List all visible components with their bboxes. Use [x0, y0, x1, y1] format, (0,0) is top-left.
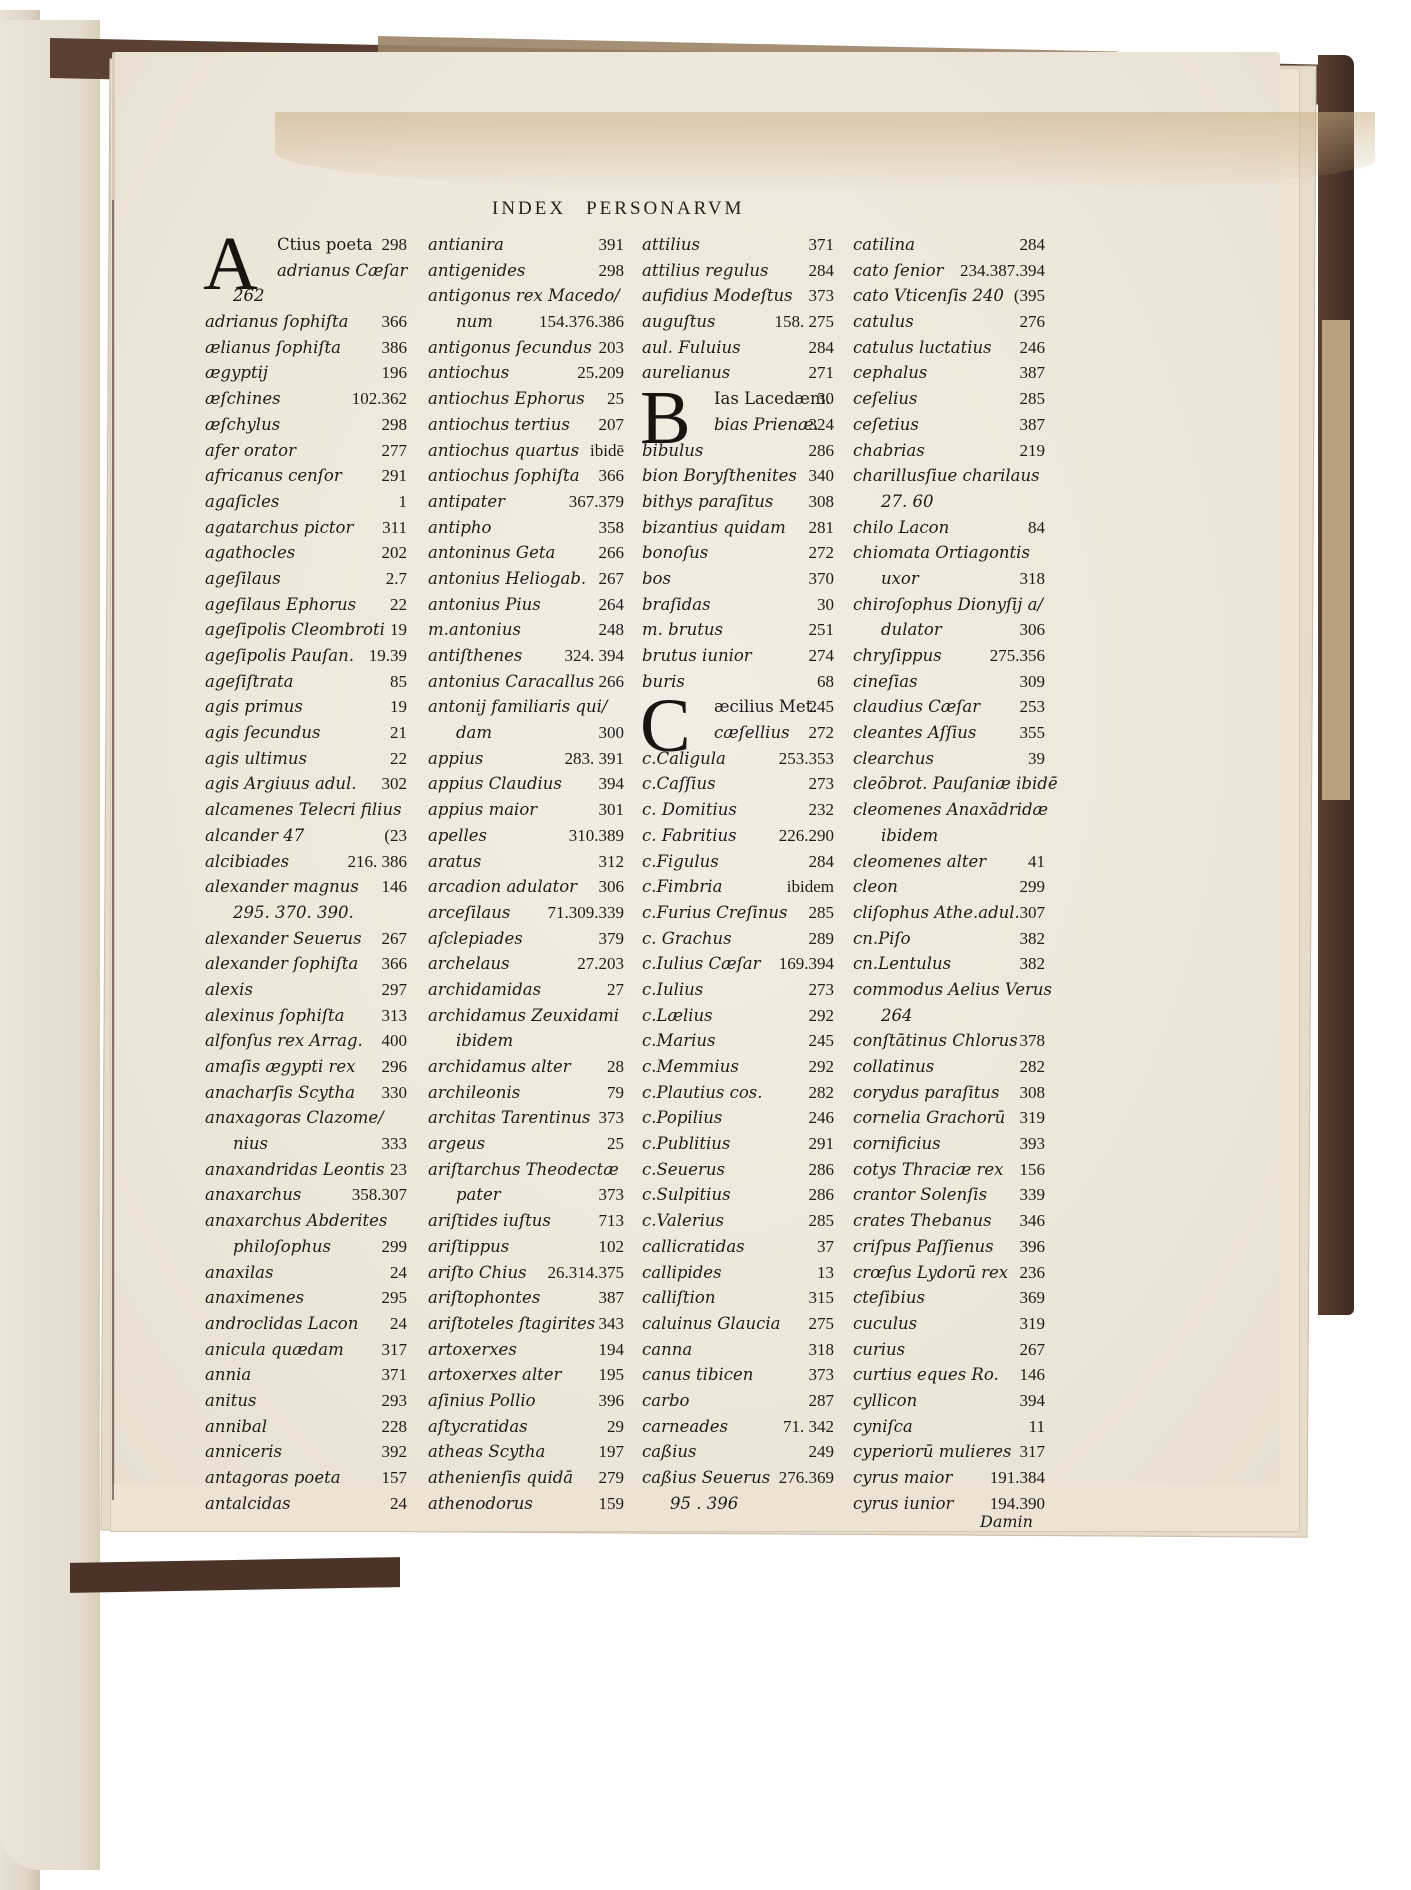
entry-name: agis ſecundus: [205, 720, 320, 746]
entry-page-refs: 292: [809, 1054, 835, 1080]
entry-name: c.Caligula: [642, 746, 726, 772]
entry-name: antonius Heliogab.: [428, 566, 586, 592]
entry-name: agis Argiuus adul.: [205, 771, 357, 797]
index-entry: curius267: [853, 1337, 1045, 1363]
index-entry: antigonus rex Macedo/: [428, 283, 624, 309]
entry-name: cleomenes alter: [853, 849, 986, 875]
index-entry: carbo287: [642, 1388, 834, 1414]
entry-page-refs: 158. 275: [775, 309, 835, 335]
index-entry: canna318: [642, 1337, 834, 1363]
entry-page-refs: 253.353: [779, 746, 834, 772]
entry-page-refs: 267: [599, 566, 625, 592]
entry-name: nius: [233, 1131, 268, 1157]
index-entry: bizantius quidam281: [642, 515, 834, 541]
entry-name: aratus: [428, 849, 481, 875]
entry-name: anaxandridas Leontis: [205, 1157, 385, 1183]
index-entry: agaſicles1: [205, 489, 407, 515]
title-word: INDEX: [492, 198, 566, 219]
entry-name: calliſtion: [642, 1285, 716, 1311]
entry-name: commodus Aelius Verus: [853, 977, 1052, 1003]
entry-name: anaxagoras Clazome/: [205, 1105, 384, 1131]
entry-page-refs: 319: [1020, 1105, 1046, 1131]
entry-name: brutus iunior: [642, 643, 752, 669]
index-entry: c.Memmius292: [642, 1054, 834, 1080]
entry-name: cleomenes Anaxādridæ: [853, 797, 1048, 823]
entry-page-refs: 382: [1020, 951, 1046, 977]
entry-page-refs: 71. 342: [783, 1414, 834, 1440]
index-entry: cornificius393: [853, 1131, 1045, 1157]
index-entry: ibidem: [853, 823, 1045, 849]
entry-name: c.Lælius: [642, 1003, 713, 1029]
index-column-1: ACtius poeta298adrianus Cæſar262adrianus…: [205, 232, 407, 1516]
index-entry: antigenides298: [428, 258, 624, 284]
entry-page-refs: 157: [382, 1465, 408, 1491]
title-word: PERSONARVM: [586, 198, 744, 219]
entry-page-refs: 284: [809, 335, 835, 361]
entry-name: bizantius quidam: [642, 515, 786, 541]
entry-name: ariſtoteles ſtagirites: [428, 1311, 595, 1337]
entry-page-refs: 22: [390, 592, 407, 618]
entry-name: chiomata Ortiagontis: [853, 540, 1030, 566]
entry-name: architas Tarentinus: [428, 1105, 591, 1131]
entry-name: c.Memmius: [642, 1054, 739, 1080]
entry-page-refs: 367.379: [569, 489, 624, 515]
entry-name: appius maior: [428, 797, 537, 823]
entry-name: callipides: [642, 1260, 722, 1286]
index-entry: catilina284: [853, 232, 1045, 258]
entry-page-refs: 195: [599, 1362, 625, 1388]
entry-page-refs: 285: [809, 900, 835, 926]
entry-page-refs: 286: [809, 1182, 835, 1208]
entry-name: ælianus ſophiſta: [205, 335, 341, 361]
index-entry: 95 . 396: [642, 1491, 834, 1517]
entry-page-refs: 307: [1020, 900, 1046, 926]
entry-page-refs: 300: [599, 720, 625, 746]
entry-page-refs: 219: [1020, 438, 1046, 464]
entry-page-refs: 330: [382, 1080, 408, 1106]
entry-page-refs: 298: [599, 258, 625, 284]
index-entry: anitus293: [205, 1388, 407, 1414]
entry-name: alfonſus rex Arrag.: [205, 1028, 363, 1054]
entry-name: appius: [428, 746, 483, 772]
entry-name: agis ultimus: [205, 746, 307, 772]
entry-name: arcadion adulator: [428, 874, 577, 900]
entry-name: cato ſenior: [853, 258, 943, 284]
entry-page-refs: 371: [809, 232, 835, 258]
entry-name: ageſilaus Ephorus: [205, 592, 356, 618]
entry-name: alcibiades: [205, 849, 289, 875]
entry-name: chryſippus: [853, 643, 942, 669]
index-entry: c.Furius Creſinus285: [642, 900, 834, 926]
entry-name: uxor: [881, 566, 919, 592]
index-entry: alexinus ſophiſta313: [205, 1003, 407, 1029]
entry-page-refs: 25: [607, 1131, 624, 1157]
entry-page-refs: 275.356: [990, 643, 1045, 669]
index-entry: ageſipolis Cleombroti19: [205, 617, 407, 643]
entry-name: ceſetius: [853, 412, 919, 438]
entry-page-refs: 312: [599, 849, 625, 875]
entry-name: appius Claudius: [428, 771, 562, 797]
entry-page-refs: 21: [390, 720, 407, 746]
index-entry: c.Figulus284: [642, 849, 834, 875]
index-entry: c.Sulpitius286: [642, 1182, 834, 1208]
entry-page-refs: 285: [1020, 386, 1046, 412]
index-column-3: attilius371attilius regulus284aufidius M…: [642, 232, 834, 1516]
index-entry: m.antonius248: [428, 617, 624, 643]
entry-name: archidamus alter: [428, 1054, 571, 1080]
entry-name: crantor Solenſis: [853, 1182, 987, 1208]
page-title: INDEXPERSONARVM: [492, 198, 744, 220]
entry-page-refs: 248: [599, 617, 625, 643]
entry-name: alexinus ſophiſta: [205, 1003, 345, 1029]
entry-name: cyperiorū mulieres: [853, 1439, 1011, 1465]
entry-page-refs: 382: [1020, 926, 1046, 952]
entry-page-refs: 232: [809, 797, 835, 823]
index-entry: antiochus ſophiſta366: [428, 463, 624, 489]
entry-page-refs: 159: [599, 1491, 625, 1517]
index-entry: canus tibicen373: [642, 1362, 834, 1388]
index-entry: cyniſca11: [853, 1414, 1045, 1440]
index-entry: chiomata Ortiagontis: [853, 540, 1045, 566]
entry-name: anacharſis Scytha: [205, 1080, 355, 1106]
entry-page-refs: 23: [390, 1157, 407, 1183]
index-entry: antalcidas24: [205, 1491, 407, 1517]
index-entry: brutus iunior274: [642, 643, 834, 669]
index-entry: cyrus maior191.384: [853, 1465, 1045, 1491]
index-entry: dulator306: [853, 617, 1045, 643]
entry-page-refs: 102.362: [352, 386, 407, 412]
entry-page-refs: 273: [809, 771, 835, 797]
index-entry: bonoſus272: [642, 540, 834, 566]
entry-page-refs: 264: [599, 592, 625, 618]
entry-name: collatinus: [853, 1054, 934, 1080]
entry-name: charillusſiue charilaus: [853, 463, 1040, 489]
entry-page-refs: 313: [382, 1003, 408, 1029]
index-entry: antoninus Geta266: [428, 540, 624, 566]
entry-page-refs: 315: [809, 1285, 835, 1311]
index-entry: caluinus Glaucia275: [642, 1311, 834, 1337]
entry-page-refs: 291: [809, 1131, 835, 1157]
entry-name: catilina: [853, 232, 915, 258]
entry-page-refs: 298: [382, 412, 408, 438]
entry-name: num: [456, 309, 493, 335]
entry-name: attilius: [642, 232, 700, 258]
index-entry: c.Valerius285: [642, 1208, 834, 1234]
index-entry: ariſtides iuſtus713: [428, 1208, 624, 1234]
entry-page-refs: 246: [1020, 335, 1046, 361]
water-stain: [275, 112, 1375, 192]
index-entry: agis primus19: [205, 694, 407, 720]
entry-page-refs: 279: [599, 1465, 625, 1491]
index-entry: adrianus Cæſar: [205, 258, 407, 284]
entry-page-refs: 226.290: [779, 823, 834, 849]
entry-name: cn.Piſo: [853, 926, 911, 952]
index-entry: alexander ſophiſta366: [205, 951, 407, 977]
entry-page-refs: 343: [599, 1311, 625, 1337]
entry-page-refs: 202: [382, 540, 408, 566]
entry-page-refs: 282: [1020, 1054, 1046, 1080]
entry-page-refs: 386: [382, 335, 408, 361]
entry-page-refs: 26.314.375: [548, 1260, 625, 1286]
index-entry: 264: [853, 1003, 1045, 1029]
index-entry: arcadion adulator306: [428, 874, 624, 900]
entry-page-refs: 292: [809, 1003, 835, 1029]
entry-name: chabrias: [853, 438, 925, 464]
index-entry: m. brutus251: [642, 617, 834, 643]
index-entry: ælianus ſophiſta386: [205, 335, 407, 361]
index-entry: anacharſis Scytha330: [205, 1080, 407, 1106]
entry-name: athenienſis quidā: [428, 1465, 573, 1491]
entry-name: æcilius Met.: [714, 694, 817, 720]
index-entry: 295. 370. 390.: [205, 900, 407, 926]
index-entry: bithys paraſitus308: [642, 489, 834, 515]
index-entry: adrianus ſophiſta366: [205, 309, 407, 335]
index-entry: nius333: [205, 1131, 407, 1157]
index-entry: æſchines102.362: [205, 386, 407, 412]
entry-page-refs: 285: [809, 1208, 835, 1234]
index-entry: cleomenes Anaxādridæ: [853, 797, 1045, 823]
entry-name: cliſophus Athe.adul.: [853, 900, 1020, 926]
index-entry: chiroſophus Dionyſij a/: [853, 592, 1045, 618]
index-entry: bion Boryſthenites340: [642, 463, 834, 489]
entry-page-refs: 379: [599, 926, 625, 952]
entry-page-refs: 19: [390, 694, 407, 720]
index-entry: antiochus tertius207: [428, 412, 624, 438]
entry-name: æſchines: [205, 386, 281, 412]
entry-page-refs: 154.376.386: [539, 309, 624, 335]
entry-name: chiroſophus Dionyſij a/: [853, 592, 1043, 618]
index-entry: 27. 60: [853, 489, 1045, 515]
entry-page-refs: 286: [809, 1157, 835, 1183]
entry-name: alcander 47: [205, 823, 304, 849]
index-entry: corydus paraſitus308: [853, 1080, 1045, 1106]
index-entry: athenienſis quidā279: [428, 1465, 624, 1491]
entry-page-refs: 272: [809, 720, 835, 746]
entry-page-refs: 85: [390, 669, 407, 695]
entry-page-refs: 68: [817, 669, 834, 695]
entry-page-refs: 333: [382, 1131, 408, 1157]
index-entry: BIas Lacedæm.30: [642, 386, 834, 412]
index-entry: cuculus319: [853, 1311, 1045, 1337]
entry-page-refs: 253: [1020, 694, 1046, 720]
entry-name: chilo Lacon: [853, 515, 949, 541]
index-entry: c.Publitius291: [642, 1131, 834, 1157]
entry-name: anaximenes: [205, 1285, 304, 1311]
entry-page-refs: 366: [382, 309, 408, 335]
entry-page-refs: 84: [1028, 515, 1045, 541]
index-entry: ACtius poeta298: [205, 232, 407, 258]
entry-page-refs: 146: [1020, 1362, 1046, 1388]
entry-name: antiochus ſophiſta: [428, 463, 580, 489]
entry-page-refs: 276: [1020, 309, 1046, 335]
entry-page-refs: 287: [809, 1388, 835, 1414]
index-entry: anniceris392: [205, 1439, 407, 1465]
entry-page-refs: 194: [599, 1337, 625, 1363]
entry-name: aſinius Pollio: [428, 1388, 536, 1414]
entry-name: 262: [233, 283, 265, 309]
entry-page-refs: 251: [809, 617, 835, 643]
index-entry: antiochus25.209: [428, 360, 624, 386]
entry-name: claudius Cæſar: [853, 694, 980, 720]
entry-name: alcamenes Telecri filius: [205, 797, 402, 823]
index-entry: æſchylus298: [205, 412, 407, 438]
entry-page-refs: 306: [1020, 617, 1046, 643]
entry-page-refs: 370: [809, 566, 835, 592]
index-entry: ægyptij196: [205, 360, 407, 386]
entry-name: archelaus: [428, 951, 510, 977]
entry-page-refs: 275: [809, 1311, 835, 1337]
index-entry: antiſthenes324. 394: [428, 643, 624, 669]
index-entry: cleomenes alter41: [853, 849, 1045, 875]
entry-name: archidamidas: [428, 977, 541, 1003]
index-entry: c.Iulius Cæſar169.394: [642, 951, 834, 977]
index-entry: anaxilas24: [205, 1260, 407, 1286]
entry-name: antipater: [428, 489, 505, 515]
entry-page-refs: 228: [382, 1414, 408, 1440]
entry-name: cephalus: [853, 360, 927, 386]
entry-page-refs: 317: [382, 1337, 408, 1363]
index-entry: atheas Scytha197: [428, 1439, 624, 1465]
entry-page-refs: 311: [382, 515, 407, 541]
entry-name: afer orator: [205, 438, 296, 464]
index-entry: c. Grachus289: [642, 926, 834, 952]
entry-page-refs: 355: [1020, 720, 1046, 746]
index-entry: agis ultimus22: [205, 746, 407, 772]
entry-page-refs: 394: [599, 771, 625, 797]
index-entry: ariſtoteles ſtagirites343: [428, 1311, 624, 1337]
entry-name: c.Popilius: [642, 1105, 722, 1131]
entry-page-refs: 308: [809, 489, 835, 515]
entry-page-refs: 392: [382, 1439, 408, 1465]
entry-name: apelles: [428, 823, 487, 849]
entry-name: antiochus Ephorus: [428, 386, 585, 412]
entry-name: c.Marius: [642, 1028, 715, 1054]
entry-page-refs: 394: [1020, 1388, 1046, 1414]
entry-name: c.Sulpitius: [642, 1182, 731, 1208]
index-entry: c.Fimbriaibidem: [642, 874, 834, 900]
index-entry: arceſilaus71.309.339: [428, 900, 624, 926]
entry-name: bion Boryſthenites: [642, 463, 797, 489]
index-entry: uxor318: [853, 566, 1045, 592]
entry-page-refs: 156: [1020, 1157, 1046, 1183]
entry-name: curius: [853, 1337, 905, 1363]
entry-page-refs: 299: [1020, 874, 1046, 900]
entry-page-refs: 249: [809, 1439, 835, 1465]
entry-name: alexander Seuerus: [205, 926, 362, 952]
index-entry: agatarchus pictor311: [205, 515, 407, 541]
binding-bottom: [70, 1557, 400, 1593]
entry-page-refs: 393: [1020, 1131, 1046, 1157]
entry-page-refs: 317: [1020, 1439, 1046, 1465]
index-entry: apelles310.389: [428, 823, 624, 849]
entry-page-refs: 291: [382, 463, 408, 489]
gutter-shadow: [112, 200, 114, 1500]
entry-page-refs: 25: [607, 386, 624, 412]
entry-page-refs: 340: [809, 463, 835, 489]
entry-name: canus tibicen: [642, 1362, 753, 1388]
index-entry: crantor Solenſis339: [853, 1182, 1045, 1208]
entry-page-refs: 207: [599, 412, 625, 438]
entry-name: c.Fimbria: [642, 874, 722, 900]
index-entry: antigonus ſecundus203: [428, 335, 624, 361]
entry-name: antiſthenes: [428, 643, 522, 669]
index-entry: c.Caſſius273: [642, 771, 834, 797]
entry-name: antigonus rex Macedo/: [428, 283, 620, 309]
entry-page-refs: 310.389: [569, 823, 624, 849]
entry-name: cotys Thraciæ rex: [853, 1157, 1003, 1183]
entry-page-refs: 306: [599, 874, 625, 900]
entry-name: artoxerxes alter: [428, 1362, 561, 1388]
entry-page-refs: 387: [1020, 360, 1046, 386]
entry-name: ariſtides iuſtus: [428, 1208, 551, 1234]
entry-name: amaſis ægypti rex: [205, 1054, 355, 1080]
index-entry: cineſias309: [853, 669, 1045, 695]
entry-name: cuculus: [853, 1311, 917, 1337]
entry-page-refs: 37: [817, 1234, 834, 1260]
entry-name: Ctius poeta: [277, 232, 373, 258]
index-entry: c.Caligula253.353: [642, 746, 834, 772]
entry-name: anaxilas: [205, 1260, 273, 1286]
index-entry: calliſtion315: [642, 1285, 834, 1311]
entry-page-refs: 272: [809, 540, 835, 566]
index-entry: pater373: [428, 1182, 624, 1208]
entry-name: c.Publitius: [642, 1131, 730, 1157]
entry-name: antalcidas: [205, 1491, 291, 1517]
entry-page-refs: 79: [607, 1080, 624, 1106]
entry-name: anniceris: [205, 1439, 282, 1465]
index-entry: antonius Caracallus266: [428, 669, 624, 695]
entry-name: Ias Lacedæm.: [714, 386, 831, 412]
entry-name: dulator: [881, 617, 942, 643]
index-entry: c. Fabritius226.290: [642, 823, 834, 849]
entry-name: attilius regulus: [642, 258, 768, 284]
entry-page-refs: 2.7: [386, 566, 407, 592]
entry-name: ageſipolis Cleombroti: [205, 617, 385, 643]
index-entry: agathocles202: [205, 540, 407, 566]
index-entry: alfonſus rex Arrag.400: [205, 1028, 407, 1054]
entry-name: c.Iulius Cæſar: [642, 951, 761, 977]
entry-name: cornificius: [853, 1131, 941, 1157]
entry-name: c. Fabritius: [642, 823, 737, 849]
entry-page-refs: 297: [382, 977, 408, 1003]
index-entry: ariſtippus102: [428, 1234, 624, 1260]
index-entry: catulus luctatius246: [853, 335, 1045, 361]
index-entry: num154.376.386: [428, 309, 624, 335]
entry-page-refs: 373: [809, 283, 835, 309]
entry-name: c.Seuerus: [642, 1157, 725, 1183]
entry-page-refs: 27.203: [577, 951, 624, 977]
index-entry: africanus cenſor291: [205, 463, 407, 489]
index-entry: philoſophus299: [205, 1234, 407, 1260]
entry-page-refs: 146: [382, 874, 408, 900]
index-entry: cornelia Grachorū319: [853, 1105, 1045, 1131]
entry-page-refs: 366: [599, 463, 625, 489]
entry-name: antiochus quartus: [428, 438, 579, 464]
index-entry: cotys Thraciæ rex156: [853, 1157, 1045, 1183]
entry-name: braſidas: [642, 592, 711, 618]
entry-page-refs: 28: [607, 1054, 624, 1080]
entry-name: archileonis: [428, 1080, 520, 1106]
index-entry: cn.Piſo382: [853, 926, 1045, 952]
entry-page-refs: 276.369: [779, 1465, 834, 1491]
entry-name: antiochus: [428, 360, 509, 386]
index-entry: callipides13: [642, 1260, 834, 1286]
entry-page-refs: 274: [809, 643, 835, 669]
entry-name: cyllicon: [853, 1388, 917, 1414]
index-entry: anaxarchus358.307: [205, 1182, 407, 1208]
entry-name: alexis: [205, 977, 253, 1003]
index-entry: aſtycratidas29: [428, 1414, 624, 1440]
